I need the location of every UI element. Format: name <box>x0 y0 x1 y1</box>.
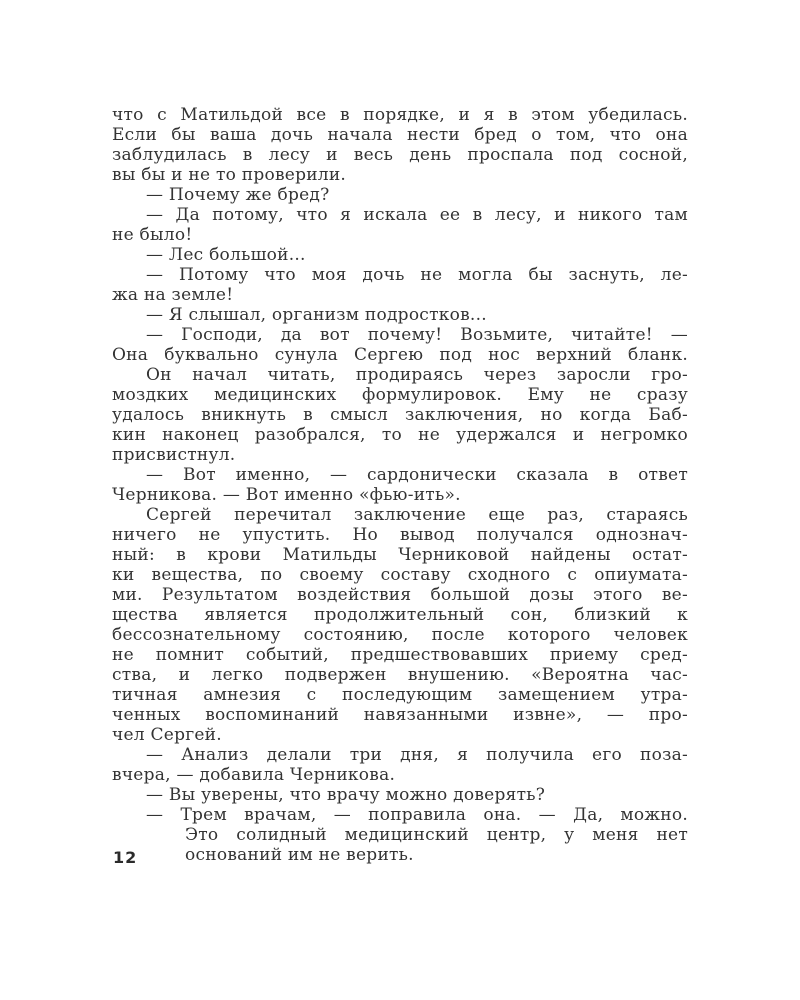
text-line: Он начал читать, продираясь через заросл… <box>112 365 688 385</box>
page-number: 12 <box>113 848 137 867</box>
text-lines: что с Матильдой все в порядке, и я в это… <box>112 105 688 865</box>
text-line: не было! <box>112 225 688 245</box>
text-line: вчера, — добавила Черникова. <box>112 765 688 785</box>
text-line: вы бы и не то проверили. <box>112 165 688 185</box>
text-line: — Да потому, что я искала ее в лесу, и н… <box>112 205 688 225</box>
text-line: Сергей перечитал заключение еще раз, ста… <box>112 505 688 525</box>
text-line: ченных воспоминаний навязанными извне», … <box>112 705 688 725</box>
text-line: оснований им не верить. <box>112 845 688 865</box>
text-line: щества является продолжительный сон, бли… <box>112 605 688 625</box>
text-line: — Вот именно, — сардонически сказала в о… <box>112 465 688 485</box>
text-line: — Вы уверены, что врачу можно доверять? <box>112 785 688 805</box>
text-line: Если бы ваша дочь начала нести бред о то… <box>112 125 688 145</box>
text-line: ный: в крови Матильды Черниковой найдены… <box>112 545 688 565</box>
text-line: заблудилась в лесу и весь день проспала … <box>112 145 688 165</box>
text-line: Она буквально сунула Сергею под нос верх… <box>112 345 688 365</box>
text-line: ничего не упустить. Но вывод получался о… <box>112 525 688 545</box>
text-line: жа на земле! <box>112 285 688 305</box>
text-line: — Трем врачам, — поправила она. — Да, мо… <box>112 805 688 825</box>
text-line: — Анализ делали три дня, я получила его … <box>112 745 688 765</box>
text-line: Это солидный медицинский центр, у меня н… <box>112 825 688 845</box>
text-line: что с Матильдой все в порядке, и я в это… <box>112 105 688 125</box>
text-line: чел Сергей. <box>112 725 688 745</box>
text-line: моздких медицинских формулировок. Ему не… <box>112 385 688 405</box>
text-line: удалось вникнуть в смысл заключения, но … <box>112 405 688 425</box>
book-page: что с Матильдой все в порядке, и я в это… <box>0 0 800 1000</box>
text-line: — Я слышал, организм подростков... <box>112 305 688 325</box>
text-line: кин наконец разобрался, то не удержался … <box>112 425 688 445</box>
text-line: не помнит событий, предшествовавших прие… <box>112 645 688 665</box>
text-line: присвистнул. <box>112 445 688 465</box>
text-line: бессознательному состоянию, после которо… <box>112 625 688 645</box>
text-line: ства, и легко подвержен внушению. «Вероя… <box>112 665 688 685</box>
text-line: — Почему же бред? <box>112 185 688 205</box>
text-line: — Лес большой... <box>112 245 688 265</box>
text-line: — Господи, да вот почему! Возьмите, чита… <box>112 325 688 345</box>
text-line: — Потому что моя дочь не могла бы заснут… <box>112 265 688 285</box>
text-line: ки вещества, по своему составу сходного … <box>112 565 688 585</box>
text-line: тичная амнезия с последующим замещением … <box>112 685 688 705</box>
text-line: ми. Результатом воздействия большой дозы… <box>112 585 688 605</box>
text-line: Черникова. — Вот именно «фью-ить». <box>112 485 688 505</box>
